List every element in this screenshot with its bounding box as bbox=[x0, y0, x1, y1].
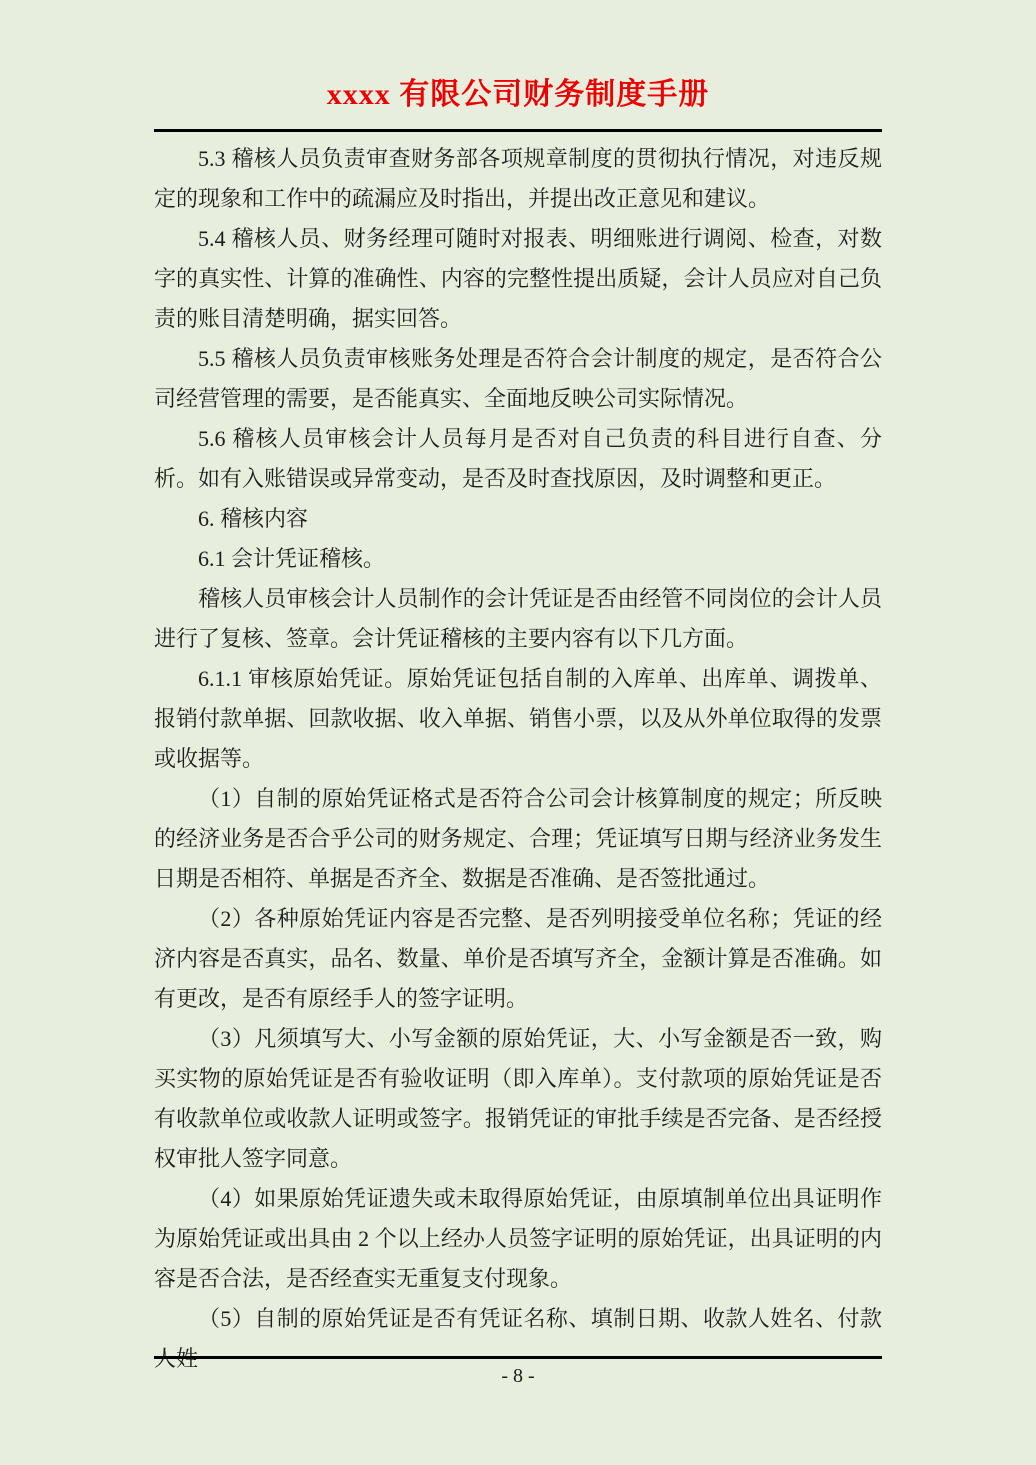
document-title: xxxx 有限公司财务制度手册 bbox=[0, 0, 1036, 112]
paragraph-5-3: 5.3 稽核人员负责审查财务部各项规章制度的贯彻执行情况，对违反规定的现象和工作… bbox=[154, 139, 882, 219]
header-rule bbox=[154, 129, 882, 132]
paragraph-5-4: 5.4 稽核人员、财务经理可随时对报表、明细账进行调阅、检查，对数字的真实性、计… bbox=[154, 219, 882, 339]
paragraph-item-4: （4）如果原始凭证遗失或未取得原始凭证，由原填制单位出具证明作为原始凭证或出具由… bbox=[154, 1179, 882, 1299]
footer-rule bbox=[154, 1356, 882, 1359]
document-page: xxxx 有限公司财务制度手册 5.3 稽核人员负责审查财务部各项规章制度的贯彻… bbox=[0, 0, 1036, 1465]
paragraph-review-intro: 稽核人员审核会计人员制作的会计凭证是否由经管不同岗位的会计人员进行了复核、签章。… bbox=[154, 579, 882, 659]
heading-6-1: 6.1 会计凭证稽核。 bbox=[154, 539, 882, 579]
paragraph-5-6: 5.6 稽核人员审核会计人员每月是否对自己负责的科目进行自查、分析。如有入账错误… bbox=[154, 419, 882, 499]
paragraph-5-5: 5.5 稽核人员负责审核账务处理是否符合会计制度的规定，是否符合公司经营管理的需… bbox=[154, 339, 882, 419]
paragraph-6-1-1: 6.1.1 审核原始凭证。原始凭证包括自制的入库单、出库单、调拨单、报销付款单据… bbox=[154, 659, 882, 779]
page-number: - 8 - bbox=[0, 1362, 1036, 1390]
paragraph-item-2: （2）各种原始凭证内容是否完整、是否列明接受单位名称；凭证的经济内容是否真实，品… bbox=[154, 899, 882, 1019]
heading-6: 6. 稽核内容 bbox=[154, 499, 882, 539]
document-body: 5.3 稽核人员负责审查财务部各项规章制度的贯彻执行情况，对违反规定的现象和工作… bbox=[154, 139, 882, 1379]
paragraph-item-3: （3）凡须填写大、小写金额的原始凭证，大、小写金额是否一致，购买实物的原始凭证是… bbox=[154, 1019, 882, 1179]
paragraph-item-1: （1）自制的原始凭证格式是否符合公司会计核算制度的规定；所反映的经济业务是否合乎… bbox=[154, 779, 882, 899]
